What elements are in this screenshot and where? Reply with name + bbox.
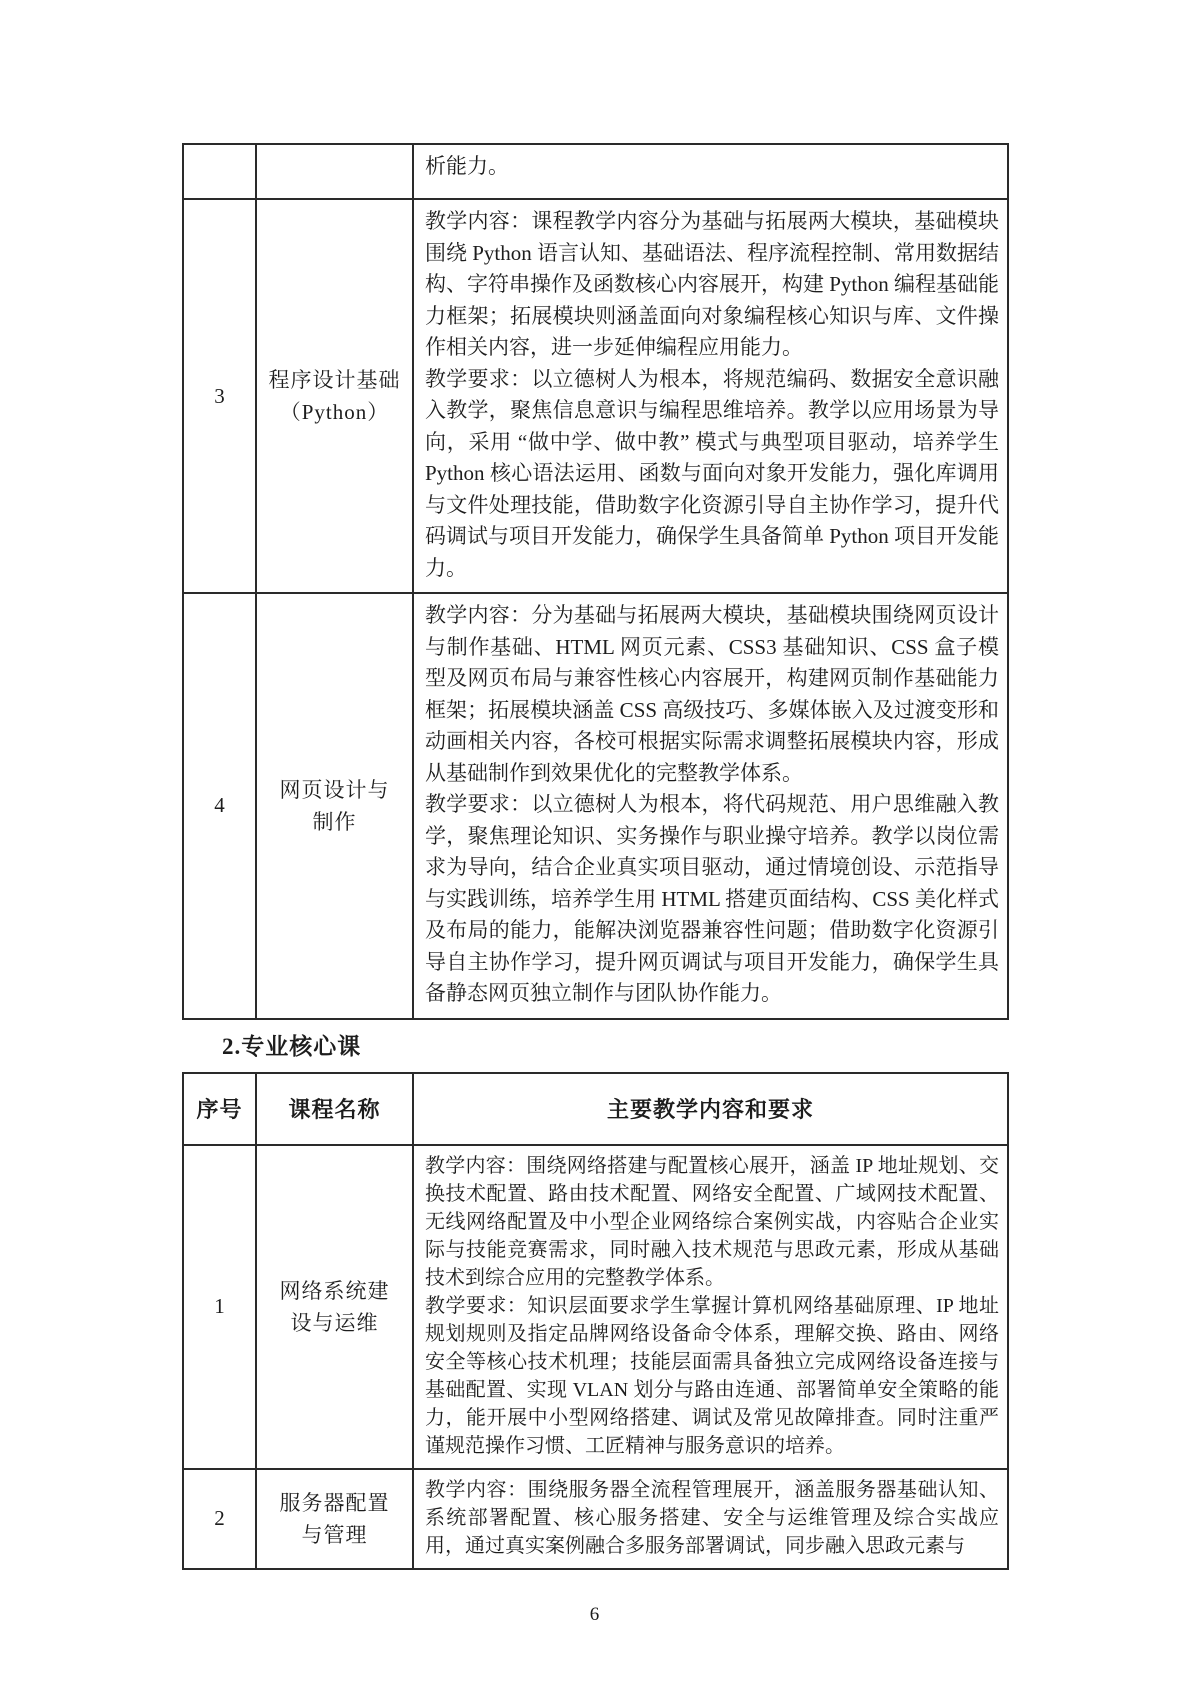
course-name-cell: 服务器配置与管理 (256, 1469, 413, 1569)
section-heading: 2.专业核心课 (222, 1032, 1007, 1062)
content-paragraph: 教学内容：围绕服务器全流程管理展开，涵盖服务器基础认知、系统部署配置、核心服务搭… (425, 1476, 999, 1560)
course-seq-cell: 4 (183, 593, 256, 1019)
basic-courses-table: 析能力。3程序设计基础（Python）教学内容：课程教学内容分为基础与拓展两大模… (182, 143, 1009, 1020)
course-row: 4网页设计与制作教学内容：分为基础与拓展两大模块，基础模块围绕网页设计与制作基础… (183, 593, 1008, 1019)
header-row: 序号 课程名称 主要教学内容和要求 (183, 1073, 1008, 1145)
continuation-row: 析能力。 (183, 144, 1008, 199)
course-row: 2服务器配置与管理教学内容：围绕服务器全流程管理展开，涵盖服务器基础认知、系统部… (183, 1469, 1008, 1569)
course-row: 3程序设计基础（Python）教学内容：课程教学内容分为基础与拓展两大模块，基础… (183, 199, 1008, 593)
course-seq-cell: 3 (183, 199, 256, 593)
header-main-content: 主要教学内容和要求 (413, 1073, 1008, 1145)
document-page: 析能力。3程序设计基础（Python）教学内容：课程教学内容分为基础与拓展两大模… (182, 143, 1007, 1626)
content-paragraph: 析能力。 (425, 151, 999, 183)
course-name-cell: 网络系统建设与运维 (256, 1145, 413, 1469)
core-courses-header: 序号 课程名称 主要教学内容和要求 (183, 1073, 1008, 1145)
content-paragraph: 教学内容：围绕网络搭建与配置核心展开，涵盖 IP 地址规划、交换技术配置、路由技… (425, 1152, 999, 1292)
content-paragraph: 教学要求：以立德树人为根本，将代码规范、用户思维融入教学，聚焦理论知识、实务操作… (425, 789, 999, 1010)
course-content-cell: 教学内容：围绕服务器全流程管理展开，涵盖服务器基础认知、系统部署配置、核心服务搭… (413, 1469, 1008, 1569)
course-name-cell: 程序设计基础（Python） (256, 199, 413, 593)
header-seq: 序号 (183, 1073, 256, 1145)
content-paragraph: 教学内容：分为基础与拓展两大模块，基础模块围绕网页设计与制作基础、HTML 网页… (425, 600, 999, 789)
course-content-cell: 教学内容：分为基础与拓展两大模块，基础模块围绕网页设计与制作基础、HTML 网页… (413, 593, 1008, 1019)
content-paragraph: 教学要求：以立德树人为根本，将规范编码、数据安全意识融入教学，聚焦信息意识与编程… (425, 364, 999, 585)
course-name-cell (256, 144, 413, 199)
course-seq-cell: 2 (183, 1469, 256, 1569)
core-courses-tbody: 1网络系统建设与运维教学内容：围绕网络搭建与配置核心展开，涵盖 IP 地址规划、… (183, 1145, 1008, 1569)
page-number: 6 (182, 1604, 1007, 1626)
course-name-cell: 网页设计与制作 (256, 593, 413, 1019)
content-paragraph: 教学要求：知识层面要求学生掌握计算机网络基础原理、IP 地址规划规则及指定品牌网… (425, 1292, 999, 1460)
course-seq-cell: 1 (183, 1145, 256, 1469)
course-seq-cell (183, 144, 256, 199)
basic-courses-tbody: 析能力。3程序设计基础（Python）教学内容：课程教学内容分为基础与拓展两大模… (183, 144, 1008, 1019)
core-courses-table: 序号 课程名称 主要教学内容和要求 1网络系统建设与运维教学内容：围绕网络搭建与… (182, 1072, 1009, 1570)
content-paragraph: 教学内容：课程教学内容分为基础与拓展两大模块，基础模块围绕 Python 语言认… (425, 206, 999, 364)
course-row: 1网络系统建设与运维教学内容：围绕网络搭建与配置核心展开，涵盖 IP 地址规划、… (183, 1145, 1008, 1469)
course-content-cell: 教学内容：课程教学内容分为基础与拓展两大模块，基础模块围绕 Python 语言认… (413, 199, 1008, 593)
course-content-cell: 析能力。 (413, 144, 1008, 199)
header-course-name: 课程名称 (256, 1073, 413, 1145)
course-content-cell: 教学内容：围绕网络搭建与配置核心展开，涵盖 IP 地址规划、交换技术配置、路由技… (413, 1145, 1008, 1469)
